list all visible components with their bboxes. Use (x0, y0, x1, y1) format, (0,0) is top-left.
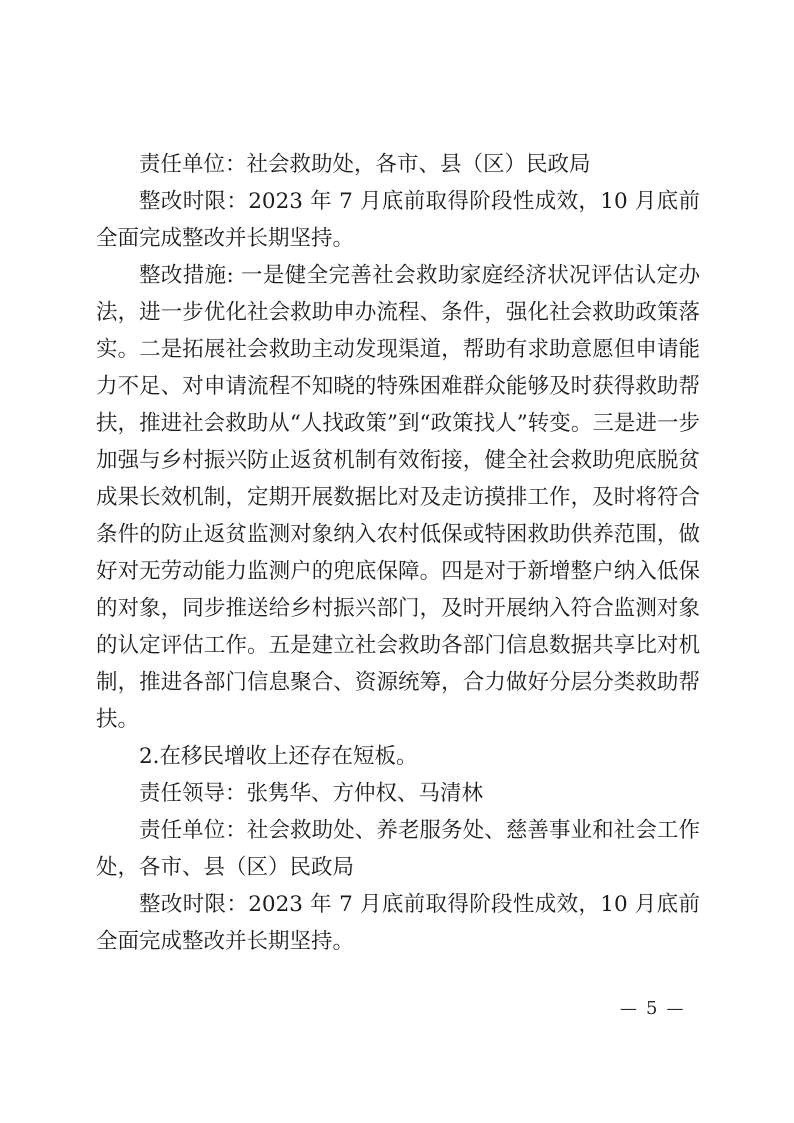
paragraph-issue-2-heading: 2.在移民增收上还存在短板。 (96, 738, 700, 775)
document-page: 责任单位：社会救助处，各市、县（区）民政局 整改时限：2023 年 7 月底前取… (0, 0, 794, 1123)
paragraph-responsible-leaders: 责任领导：张隽华、方仲权、马清林 (96, 775, 700, 812)
page-footer: — 5 — (620, 996, 683, 1022)
footer-right-dash: — (666, 996, 683, 1022)
page-number: 5 (646, 996, 657, 1022)
paragraph-responsible-unit-1: 责任单位：社会救助处，各市、县（区）民政局 (96, 146, 700, 183)
paragraph-deadline-2: 整改时限：2023 年 7 月底前取得阶段性成效，10 月底前全面完成整改并长期… (96, 886, 700, 960)
footer-left-dash: — (620, 996, 637, 1022)
paragraph-deadline-1: 整改时限：2023 年 7 月底前取得阶段性成效，10 月底前全面完成整改并长期… (96, 183, 700, 257)
paragraph-measures: 整改措施: 一是健全完善社会救助家庭经济状况评估认定办法，进一步优化社会救助申办… (96, 257, 700, 738)
document-body: 责任单位：社会救助处，各市、县（区）民政局 整改时限：2023 年 7 月底前取… (96, 146, 700, 960)
paragraph-responsible-unit-2: 责任单位：社会救助处、养老服务处、慈善事业和社会工作处，各市、县（区）民政局 (96, 812, 700, 886)
